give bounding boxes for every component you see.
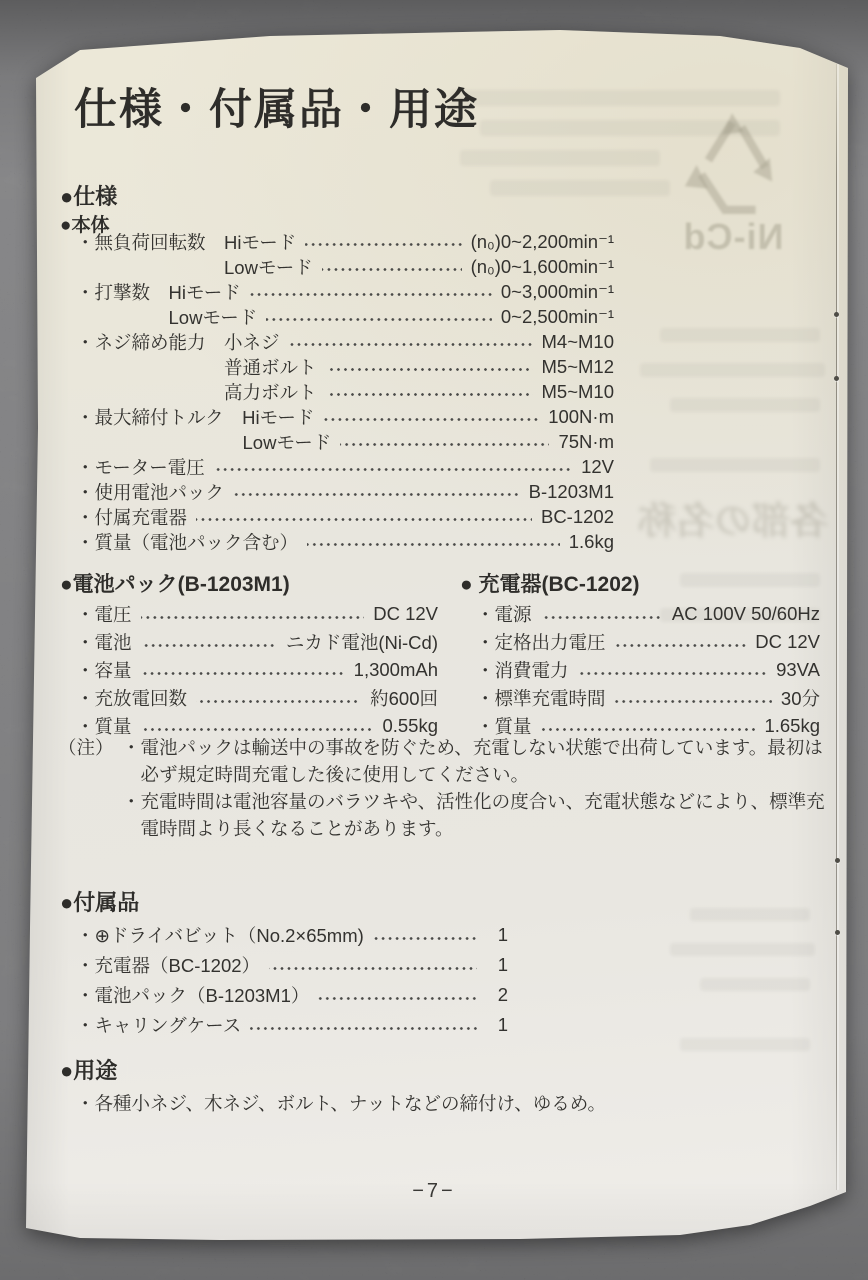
bleedthrough-text-block [450, 90, 780, 106]
spec-row: ・付属充電器BC-1202 [76, 504, 614, 529]
spec-label: ・ネジ締め能力 小ネジ [76, 329, 280, 355]
spec-label: ・充放電回数 [76, 685, 187, 711]
spec-value: BC-1202 [541, 506, 614, 528]
spec-value: DC 12V [755, 631, 820, 653]
spec-value: B-1203M1 [529, 481, 614, 503]
bleedthrough-text-block [660, 328, 820, 342]
spec-row: ・使用電池パックB-1203M1 [76, 479, 614, 504]
spec-value: 0~3,000min⁻¹ [501, 281, 614, 303]
spec-row: ・最大締付トルク Hiモード100N·m [76, 404, 614, 429]
spec-row: Lowモード75N·m [76, 429, 614, 454]
dotted-leader [578, 670, 768, 677]
dotted-leader [307, 541, 560, 548]
spec-row: Lowモード(n₀)0~1,600min⁻¹ [76, 254, 614, 279]
bleedthrough-text-block [640, 363, 825, 377]
spec-row: ・充放電回数約600回 [76, 684, 438, 712]
page-edge-highlight [837, 64, 839, 1190]
spec-row: ・容量1,300mAh [76, 656, 438, 684]
spec-value: 約600回 [370, 685, 438, 711]
dotted-leader [541, 614, 663, 621]
accessory-label: ・⊕ドライバビット（No.2×65mm) [76, 922, 364, 948]
accessory-row: ・電池パック（B-1203M1）2 [76, 980, 508, 1010]
spec-row: ・電源AC 100V 50/60Hz [476, 600, 820, 628]
spec-label: Lowモード [76, 304, 257, 330]
spec-value: 0~2,500min⁻¹ [501, 306, 614, 328]
spec-row: Lowモード0~2,500min⁻¹ [76, 304, 614, 329]
note-items: ・電池パックは輸送中の事故を防ぐため、充電しない状態で出荷しています。最初は必ず… [122, 734, 838, 842]
spec-value: ニカド電池(Ni-Cd) [286, 629, 438, 655]
dotted-leader [541, 726, 756, 733]
spec-value: 1.6kg [569, 531, 614, 553]
spec-row: ・無負荷回転数 Hiモード(n₀)0~2,200min⁻¹ [76, 229, 614, 254]
manual-page: Ni-Cd 各部の名称 仕様・付属品・用途 ●仕様 ●本体 ・無負荷回転数 Hi… [20, 28, 848, 1242]
bleedthrough-text-block [490, 180, 670, 196]
page-number: −7− [20, 1180, 848, 1203]
accessory-row: ・⊕ドライバビット（No.2×65mm)1 [76, 920, 508, 950]
spec-value: M4~M10 [542, 331, 615, 353]
spec-table-body: ・無負荷回転数 Hiモード(n₀)0~2,200min⁻¹ Lowモード(n₀)… [76, 229, 614, 554]
dotted-leader [322, 266, 462, 273]
page-title: 仕様・付属品・用途 [74, 76, 479, 137]
accessory-label: ・充電器（BC-1202） [76, 952, 260, 978]
dotted-leader [305, 241, 461, 248]
accessory-count: 2 [486, 984, 508, 1006]
dotted-leader [196, 698, 361, 705]
spec-value: 12V [581, 456, 614, 478]
section-heading-charger: ● 充電器(BC-1202) [460, 568, 640, 598]
spec-value: 1,300mAh [354, 659, 438, 681]
spec-label: ・モーター電圧 [76, 454, 205, 480]
dotted-leader [326, 366, 533, 373]
bleedthrough-text-block [650, 458, 820, 472]
spec-row: ・標準充電時間30分 [476, 684, 820, 712]
spec-value: DC 12V [373, 603, 438, 625]
note-item: ・充電時間は電池容量のバラツキや、活性化の度合い、充電状態などにより、標準充電時… [122, 788, 838, 842]
spec-label: ・電源 [476, 601, 532, 627]
dotted-leader [269, 965, 477, 972]
spec-label: ・標準充電時間 [476, 685, 606, 711]
accessory-row: ・キャリングケース1 [76, 1010, 508, 1040]
note-item: ・電池パックは輸送中の事故を防ぐため、充電しない状態で出荷しています。最初は必ず… [122, 734, 838, 788]
spec-row: ・質量（電池パック含む）1.6kg [76, 529, 614, 554]
spec-label: ・質量（電池パック含む） [76, 529, 298, 555]
spec-label: ・消費電力 [476, 657, 569, 683]
spec-value: 100N·m [548, 406, 614, 428]
spec-label: ・無負荷回転数 Hiモード [76, 229, 296, 255]
spec-label: ・電圧 [76, 601, 132, 627]
spec-label: Lowモード [76, 254, 313, 280]
dotted-leader [373, 935, 477, 942]
dotted-leader [196, 516, 532, 523]
accessory-count: 1 [486, 954, 508, 976]
accessory-row: ・充電器（BC-1202）1 [76, 950, 508, 980]
spec-value: M5~M12 [542, 356, 615, 378]
uses-text: ・各種小ネジ、木ネジ、ボルト、ナットなどの締付け、ゆるめ。 [76, 1090, 606, 1116]
bleedthrough-text-block [690, 908, 810, 921]
dotted-leader [340, 441, 549, 448]
paper-sheet: Ni-Cd 各部の名称 仕様・付属品・用途 ●仕様 ●本体 ・無負荷回転数 Hi… [20, 28, 848, 1242]
section-heading-battery: ●電池パック(B-1203M1) [60, 568, 290, 598]
staple-dot [834, 312, 839, 317]
dotted-leader [141, 614, 365, 621]
spec-label: ・最大締付トルク Hiモード [76, 404, 314, 430]
dotted-leader [141, 726, 374, 733]
section-heading-accessories: ●付属品 [60, 886, 139, 917]
accessory-count: 1 [486, 924, 508, 946]
dotted-leader [141, 670, 345, 677]
spec-value: 75N·m [558, 431, 614, 453]
accessory-count: 1 [486, 1014, 508, 1036]
spec-label: 普通ボルト [76, 354, 317, 380]
spec-value: (n₀)0~1,600min⁻¹ [471, 256, 614, 278]
dotted-leader [250, 1025, 477, 1032]
dotted-leader [289, 341, 533, 348]
spec-row: 普通ボルトM5~M12 [76, 354, 614, 379]
spec-value: 93VA [776, 659, 820, 681]
accessories-table: ・⊕ドライバビット（No.2×65mm)1 ・充電器（BC-1202）1 ・電池… [76, 920, 508, 1040]
spec-row: ・消費電力93VA [476, 656, 820, 684]
spec-label: Lowモード [76, 429, 331, 455]
dotted-leader [615, 642, 747, 649]
dotted-leader [250, 291, 492, 298]
accessory-label: ・電池パック（B-1203M1） [76, 982, 309, 1008]
spec-label: ・容量 [76, 657, 132, 683]
spec-value: AC 100V 50/60Hz [672, 603, 820, 625]
spec-row: ・モーター電圧12V [76, 454, 614, 479]
bleedthrough-section-title: 各部の名称 [608, 490, 828, 545]
spec-row: ・定格出力電圧DC 12V [476, 628, 820, 656]
spec-row: ・電圧DC 12V [76, 600, 438, 628]
dotted-leader [318, 995, 477, 1002]
accessory-label: ・キャリングケース [76, 1012, 241, 1038]
spec-value: M5~M10 [542, 381, 615, 403]
spec-row: 高力ボルトM5~M10 [76, 379, 614, 404]
spec-row: ・電池ニカド電池(Ni-Cd) [76, 628, 438, 656]
bleedthrough-text-block [460, 150, 660, 166]
spec-label: ・使用電池パック [76, 479, 224, 505]
note-label: （注） [58, 734, 122, 842]
dotted-leader [266, 316, 492, 323]
spec-value: 30分 [781, 685, 820, 711]
battery-spec-table: ・電圧DC 12V ・電池ニカド電池(Ni-Cd) ・容量1,300mAh ・充… [76, 600, 438, 740]
staple-dot [834, 376, 839, 381]
dotted-leader [326, 391, 533, 398]
spec-label: ・打撃数 Hiモード [76, 279, 241, 305]
bleedthrough-text-block [680, 1038, 810, 1051]
spec-value: (n₀)0~2,200min⁻¹ [471, 231, 614, 253]
dotted-leader [615, 698, 772, 705]
bleedthrough-text-block [700, 978, 810, 991]
note-block: （注） ・電池パックは輸送中の事故を防ぐため、充電しない状態で出荷しています。最… [58, 734, 838, 842]
spec-row: ・ネジ締め能力 小ネジM4~M10 [76, 329, 614, 354]
dotted-leader [214, 466, 572, 473]
section-heading-uses: ●用途 [60, 1054, 117, 1085]
spec-label: ・電池 [76, 629, 132, 655]
dotted-leader [323, 416, 539, 423]
spec-label: ・付属充電器 [76, 504, 187, 530]
bleedthrough-text-block [670, 398, 820, 412]
spec-row: ・打撃数 Hiモード0~3,000min⁻¹ [76, 279, 614, 304]
bleedthrough-text-block [680, 573, 820, 587]
recycle-icon [672, 106, 792, 224]
page-edge-crease [836, 64, 837, 1190]
spec-label: ・定格出力電圧 [476, 629, 606, 655]
charger-spec-table: ・電源AC 100V 50/60Hz ・定格出力電圧DC 12V ・消費電力93… [476, 600, 820, 740]
dotted-leader [141, 642, 277, 649]
dotted-leader [233, 491, 520, 498]
section-heading-specs: ●仕様 [60, 180, 117, 211]
bleedthrough-text-block [670, 943, 815, 956]
staple-dot [835, 858, 840, 863]
staple-dot [835, 930, 840, 935]
spec-label: 高力ボルト [76, 379, 317, 405]
